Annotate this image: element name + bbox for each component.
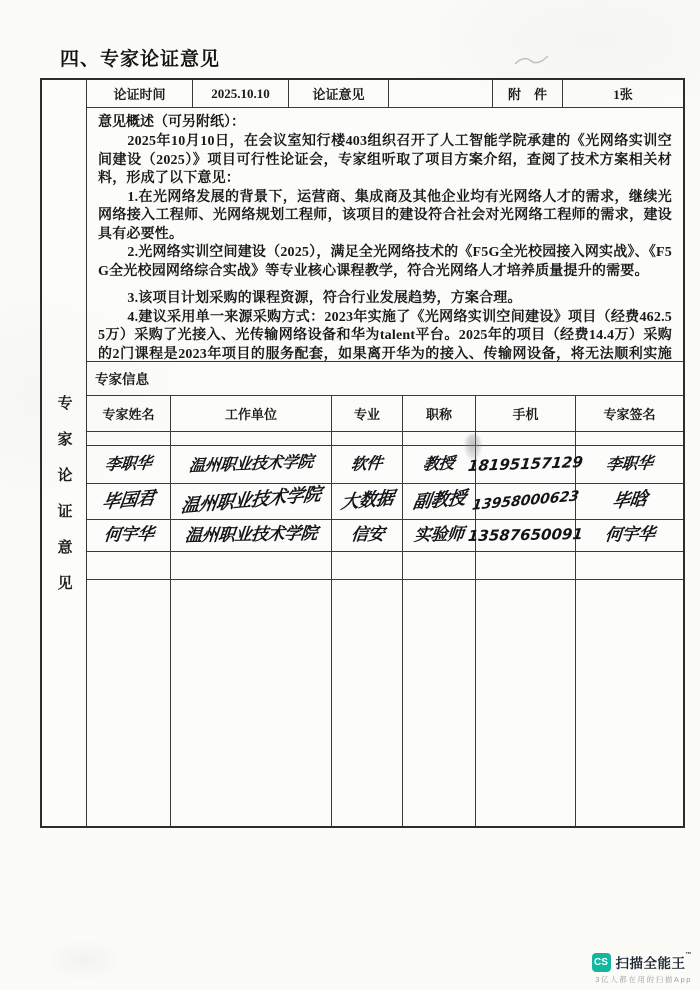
expert-name-handwritten: 李职华 <box>104 455 152 473</box>
opinion-paragraph: 3.该项目计划采购的课程资源，符合行业发展趋势，方案合理。 <box>98 290 672 309</box>
expert-name-handwritten: 毕国君 <box>101 490 156 513</box>
opinion-paragraph: 2025年10月10日，在会议室知行楼403组织召开了人工智能学院承建的《光网络… <box>98 133 672 189</box>
pencil-check-mark <box>512 52 552 70</box>
page-title: 四、专家论证意见 <box>60 44 220 71</box>
watermark-tagline: 3亿人都在用的扫描App <box>592 974 693 985</box>
attachment-label: 附 件 <box>492 80 562 107</box>
review-opinion-label: 论证意见 <box>288 80 388 107</box>
meta-row: 论证时间 2025.10.10 论证意见 附 件 1张 <box>87 80 683 107</box>
expert-phone-handwritten: 13958000623 <box>471 489 580 513</box>
col-major: 专业 <box>331 396 402 431</box>
expert-title-handwritten: 副教授 <box>412 490 467 513</box>
expert-row: 何宇华 温州职业技术学院 信安 实验师 13587650091 何宇华 <box>87 519 683 551</box>
expert-signature-handwritten: 毕晗 <box>611 490 648 511</box>
review-time-value: 2025.10.10 <box>192 80 288 107</box>
expert-title-handwritten: 教授 <box>423 455 456 472</box>
watermark-app-name: 扫描全能王™ <box>616 952 693 972</box>
ink-smudge <box>464 434 482 460</box>
opinion-paragraph: 2.光网络实训空间建设（2025），满足全光网络技术的《F5G全光校园接入网实战… <box>98 244 672 281</box>
expert-name-handwritten: 何宇华 <box>103 526 154 544</box>
expert-major-handwritten: 信安 <box>350 526 384 544</box>
expert-info-label: 专家信息 <box>87 362 683 395</box>
col-phone: 手机 <box>475 396 575 431</box>
empty-expert-row <box>87 579 683 827</box>
expert-info-section-row: 专家信息 <box>87 361 683 395</box>
expert-unit-handwritten: 温州职业技术学院 <box>180 486 322 516</box>
expert-title-handwritten: 实验师 <box>414 526 465 544</box>
opinion-summary-cell: 意见概述（可另附纸）： 2025年10月10日，在会议室知行楼403组织召开了人… <box>87 107 683 361</box>
col-title: 职称 <box>402 396 475 431</box>
expert-signature-handwritten: 何宇华 <box>604 526 655 544</box>
expert-major-handwritten: 大数据 <box>340 490 395 513</box>
expert-signature-handwritten: 李职华 <box>605 455 653 473</box>
expert-phone-handwritten: 18195157129 <box>467 454 583 473</box>
expert-opinion-table: 专家论证意见 论证时间 2025.10.10 论证意见 附 件 1张 意见概述（… <box>40 78 685 828</box>
spacer-row <box>87 431 683 445</box>
col-expert-name: 专家姓名 <box>87 396 170 431</box>
opinion-paragraph: 4.建议采用单一来源采购方式：2023年实施了《光网络实训空间建设》项目（经费4… <box>98 309 672 361</box>
camscanner-watermark: CS 扫描全能王™ 3亿人都在用的扫描App <box>592 952 693 985</box>
review-time-label: 论证时间 <box>87 80 192 107</box>
table-body: 论证时间 2025.10.10 论证意见 附 件 1张 意见概述（可另附纸）： … <box>87 80 683 826</box>
vertical-label: 专家论证意见 <box>54 395 75 611</box>
opinion-heading: 意见概述（可另附纸）： <box>98 114 672 132</box>
trademark-symbol: ™ <box>686 952 693 958</box>
expert-unit-handwritten: 温州职业技术学院 <box>188 454 314 474</box>
expert-row: 李职华 温州职业技术学院 软件 教授 18195157129 李职华 <box>87 445 683 483</box>
camscanner-cs-icon: CS <box>592 953 611 972</box>
expert-table-header: 专家姓名 工作单位 专业 职称 手机 专家签名 <box>87 395 683 431</box>
expert-major-handwritten: 软件 <box>351 455 384 472</box>
expert-phone-handwritten: 13587650091 <box>467 526 583 543</box>
opinion-paragraph: 1.在光网络发展的背景下，运营商、集成商及其他企业均有光网络人才的需求，继续光网… <box>98 189 672 245</box>
review-opinion-value <box>388 80 492 107</box>
col-work-unit: 工作单位 <box>170 396 331 431</box>
expert-row: 毕国君 温州职业技术学院 大数据 副教授 13958000623 毕晗 <box>87 483 683 519</box>
vertical-label-cell: 专家论证意见 <box>42 80 87 826</box>
expert-unit-handwritten: 温州职业技术学院 <box>184 525 317 544</box>
attachment-value: 1张 <box>562 80 683 107</box>
col-signature: 专家签名 <box>575 396 683 431</box>
empty-expert-row <box>87 551 683 579</box>
